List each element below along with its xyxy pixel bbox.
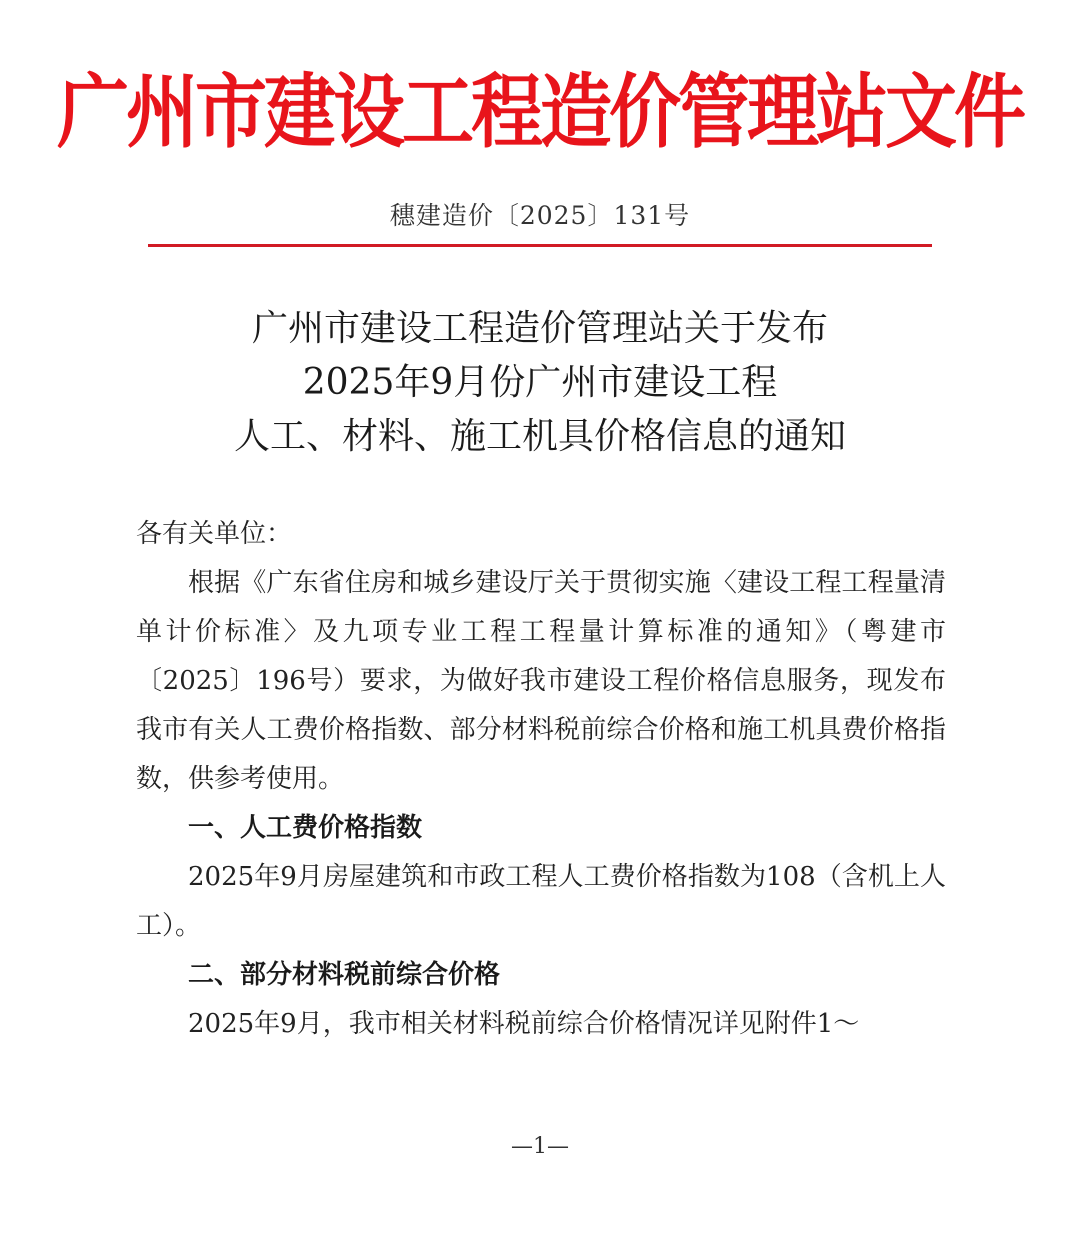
section2-heading: 二、部分材料税前综合价格: [136, 951, 946, 1000]
salutation: 各有关单位：: [136, 510, 946, 559]
red-divider: [148, 244, 932, 247]
document-number: 穗建造价〔2025〕131号: [0, 196, 1080, 232]
section1-paragraph: 2025年9月房屋建筑和市政工程人工费价格指数为108（含机上人工）。: [136, 853, 946, 951]
notice-body: 各有关单位： 根据《广东省住房和城乡建设厅关于贯彻实施〈建设工程工程量清单计价标…: [136, 510, 946, 1049]
intro-paragraph: 根据《广东省住房和城乡建设厅关于贯彻实施〈建设工程工程量清单计价标准〉及九项专业…: [136, 559, 946, 804]
page-number: —1—: [0, 1134, 1080, 1159]
notice-title-line2: 2025年9月份广州市建设工程: [0, 356, 1080, 410]
notice-title-line1: 广州市建设工程造价管理站关于发布: [0, 302, 1080, 356]
section2-paragraph: 2025年9月，我市相关材料税前综合价格情况详见附件1～: [136, 1000, 946, 1049]
masthead-title: 广州市建设工程造价管理站文件: [0, 58, 1080, 166]
notice-title: 广州市建设工程造价管理站关于发布 2025年9月份广州市建设工程 人工、材料、施…: [0, 302, 1080, 464]
section1-heading: 一、人工费价格指数: [136, 804, 946, 853]
notice-title-line3: 人工、材料、施工机具价格信息的通知: [0, 410, 1080, 464]
